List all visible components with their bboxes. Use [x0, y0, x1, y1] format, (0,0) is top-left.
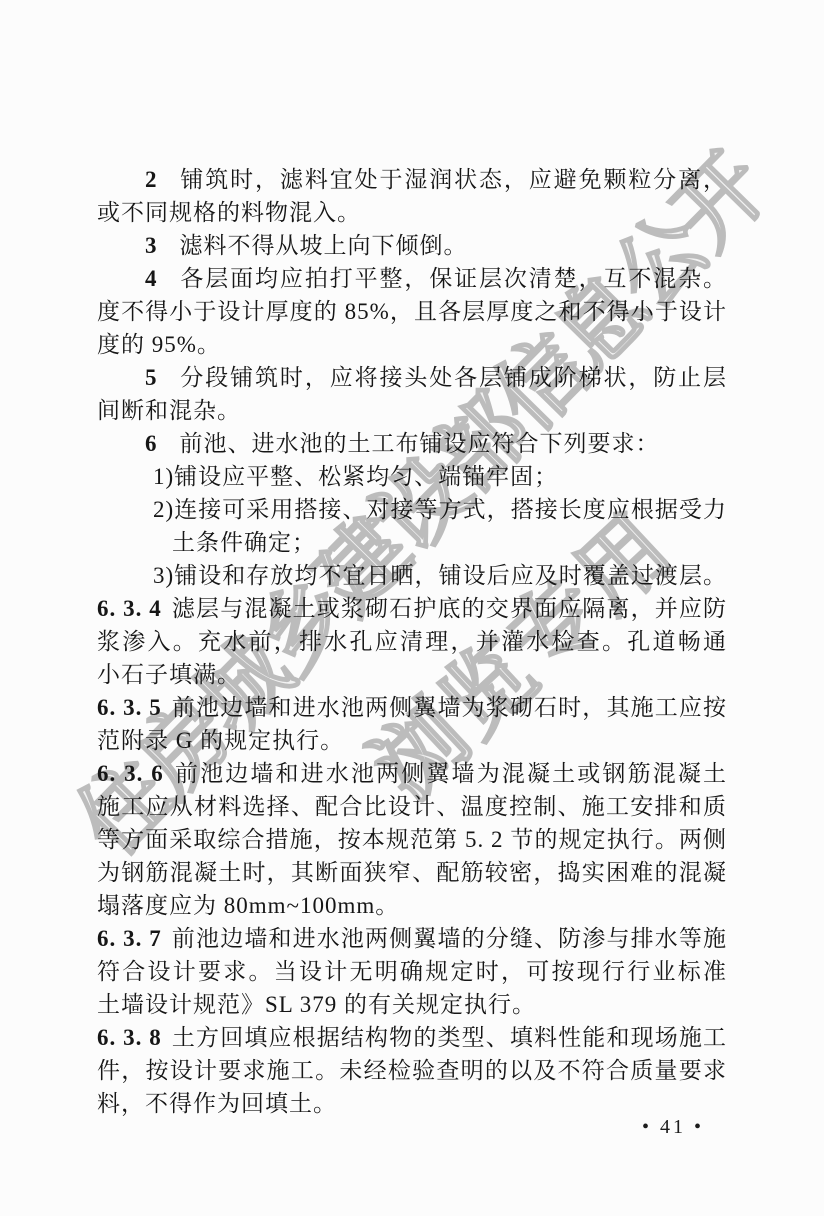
text-line: 为钢筋混凝土时，其断面狭窄、配筋较密，捣实困难的混凝土浇筑 [97, 856, 727, 889]
text-line: 范附录 G 的规定执行。 [97, 724, 727, 757]
line-prefix: 6 [145, 431, 158, 456]
text-line: 4各层面均应拍打平整，保证层次清楚，互不混杂。每层厚 [97, 262, 727, 295]
text-line: 浆渗入。充水前，排水孔应清理，并灌水检查。孔道畅通后，宜用 [97, 625, 727, 658]
text-line: 小石子填满。 [97, 658, 727, 691]
line-text: 各层面均应拍打平整，保证层次清楚，互不混杂。每层厚 [145, 266, 727, 295]
text-line: 施工应从材料选择、配合比设计、温度控制、施工安排和质量控制 [97, 790, 727, 823]
line-prefix: 5 [145, 365, 158, 390]
line-prefix: 3 [145, 233, 158, 258]
line-prefix: 6. 3. 7 [97, 926, 162, 951]
text-block: 2铺筑时，滤料宜处于湿润状态，应避免颗粒分离，防止杂物 或不同规格的料物混入。 … [97, 163, 727, 1120]
text-line: 6前池、进水池的土工布铺设应符合下列要求： [97, 427, 727, 460]
line-text: 滤层与混凝土或浆砌石护底的交界面应隔离，并应防止砂 [97, 596, 727, 625]
text-line: 6. 3. 7前池边墙和进水池两侧翼墙的分缝、防渗与排水等施工应 [97, 922, 727, 955]
line-text: 范附录 G 的规定执行。 [97, 728, 344, 753]
line-prefix: 6. 3. 6 [97, 761, 164, 786]
line-text: 前池边墙和进水池两侧翼墙为浆砌石时，其施工应按本规 [97, 695, 727, 724]
text-line: 或不同规格的料物混入。 [97, 196, 727, 229]
line-text: 间断和混杂。 [97, 398, 241, 423]
line-text: 施工应从材料选择、配合比设计、温度控制、施工安排和质量控制 [97, 794, 727, 823]
line-prefix: 6. 3. 4 [97, 596, 162, 621]
text-line: 6. 3. 8土方回填应根据结构物的类型、填料性能和现场施工条 [97, 1021, 727, 1054]
line-text: 或不同规格的料物混入。 [97, 200, 361, 225]
text-line: 度的 95%。 [97, 328, 727, 361]
text-line: 等方面采取综合措施，按本规范第 5. 2 节的规定执行。两侧翼墙 [97, 823, 727, 856]
text-line: 2)连接可采用搭接、对接等方式，搭接长度应根据受力和基 [97, 493, 727, 526]
text-line: 2铺筑时，滤料宜处于湿润状态，应避免颗粒分离，防止杂物 [97, 163, 727, 196]
text-line: 3滤料不得从坡上向下倾倒。 [97, 229, 727, 262]
line-text: 1)铺设应平整、松紧均匀、端锚牢固； [153, 464, 558, 489]
line-text: 度不得小于设计厚度的 85%，且各层厚度之和不得小于设计总厚 [97, 299, 727, 328]
document-page: 住房城乡建设部信息公开 浏览专用 2铺筑时，滤料宜处于湿润状态，应避免颗粒分离，… [0, 0, 824, 1216]
text-line: 间断和混杂。 [97, 394, 727, 427]
text-line: 1)铺设应平整、松紧均匀、端锚牢固； [97, 460, 727, 493]
text-line: 6. 3. 4滤层与混凝土或浆砌石护底的交界面应隔离，并应防止砂 [97, 592, 727, 625]
text-line: 5分段铺筑时，应将接头处各层铺成阶梯状，防止层间错位、 [97, 361, 727, 394]
line-text: 浆渗入。充水前，排水孔应清理，并灌水检查。孔道畅通后，宜用 [97, 629, 727, 658]
line-text: 前池、进水池的土工布铺设应符合下列要求： [180, 431, 660, 456]
line-text: 塌落度应为 80mm~100mm。 [97, 893, 399, 918]
line-prefix: 4 [145, 266, 158, 291]
line-prefix: 6. 3. 5 [97, 695, 162, 720]
text-line: 3)铺设和存放均不宜日晒，铺设后应及时覆盖过渡层。 [97, 559, 727, 592]
text-line: 度不得小于设计厚度的 85%，且各层厚度之和不得小于设计总厚 [97, 295, 727, 328]
line-text: 前池边墙和进水池两侧翼墙为混凝土或钢筋混凝土时，其 [97, 761, 727, 790]
line-text: 土方回填应根据结构物的类型、填料性能和现场施工条 [97, 1025, 727, 1054]
text-line: 6. 3. 6前池边墙和进水池两侧翼墙为混凝土或钢筋混凝土时，其 [97, 757, 727, 790]
line-prefix: 6. 3. 8 [97, 1025, 162, 1050]
text-line: 6. 3. 5前池边墙和进水池两侧翼墙为浆砌石时，其施工应按本规 [97, 691, 727, 724]
line-text: 3)铺设和存放均不宜日晒，铺设后应及时覆盖过渡层。 [153, 563, 727, 588]
line-text: 前池边墙和进水池两侧翼墙的分缝、防渗与排水等施工应 [97, 926, 727, 955]
line-text: 2)连接可采用搭接、对接等方式，搭接长度应根据受力和基 [153, 497, 727, 526]
line-text: 等方面采取综合措施，按本规范第 5. 2 节的规定执行。两侧翼墙 [97, 827, 727, 856]
line-text: 件，按设计要求施工。未经检验查明的以及不符合质量要求的土 [97, 1058, 727, 1087]
line-text: 为钢筋混凝土时，其断面狭窄、配筋较密，捣实困难的混凝土浇筑 [97, 860, 727, 889]
line-text: 土条件确定； [172, 530, 316, 555]
text-line: 土条件确定； [97, 526, 727, 559]
text-line: 件，按设计要求施工。未经检验查明的以及不符合质量要求的土 [97, 1054, 727, 1087]
line-text: 料，不得作为回填土。 [97, 1091, 337, 1116]
line-text: 度的 95%。 [97, 332, 221, 357]
text-line: 土墙设计规范》SL 379 的有关规定执行。 [97, 988, 727, 1021]
line-text: 分段铺筑时，应将接头处各层铺成阶梯状，防止层间错位、 [145, 365, 727, 394]
line-text: 铺筑时，滤料宜处于湿润状态，应避免颗粒分离，防止杂物 [145, 167, 727, 196]
text-line: 符合设计要求。当设计无明确规定时，可按现行行业标准《水工挡 [97, 955, 727, 988]
line-prefix: 2 [145, 167, 158, 192]
line-text: 符合设计要求。当设计无明确规定时，可按现行行业标准《水工挡 [97, 959, 727, 988]
line-text: 土墙设计规范》SL 379 的有关规定执行。 [97, 992, 536, 1017]
line-text: 小石子填满。 [97, 662, 241, 687]
text-line: 塌落度应为 80mm~100mm。 [97, 889, 727, 922]
page-number: • 41 • [593, 1116, 753, 1139]
line-text: 滤料不得从坡上向下倾倒。 [180, 233, 468, 258]
